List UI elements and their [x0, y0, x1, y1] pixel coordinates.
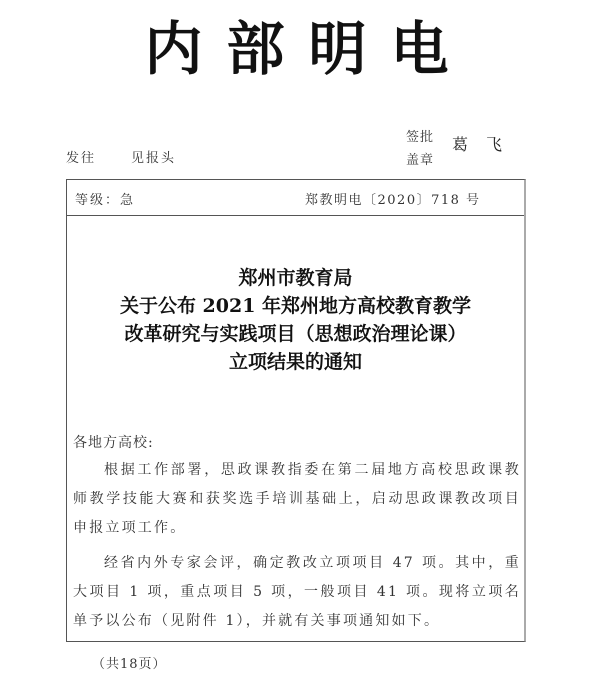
- box-header-row: 等级：急 郑教明电〔2020〕718 号: [67, 180, 524, 216]
- notice-title-line: 改革研究与实践项目（思想政治理论课）: [67, 320, 524, 348]
- signer-name: 葛飞: [452, 132, 520, 155]
- notice-title-line: 立项结果的通知: [67, 348, 524, 376]
- seal-label: 盖章: [406, 149, 434, 168]
- page-count: （共18页）: [92, 653, 167, 672]
- send-to-label: 发往: [66, 147, 96, 166]
- notice-title: 郑州市教育局 关于公布 2021 年郑州地方高校教育教学 改革研究与实践项目（思…: [67, 264, 524, 376]
- telegram-body-box: 等级：急 郑教明电〔2020〕718 号 郑州市教育局 关于公布 2021 年郑…: [66, 179, 526, 642]
- notice-title-line: 关于公布 2021 年郑州地方高校教育教学: [67, 292, 524, 320]
- body-paragraph: 根据工作部署，思政课教指委在第二届地方高校思政课教师教学技能大赛和获奖选手培训基…: [73, 456, 521, 543]
- urgency-level: 等级：急: [75, 189, 135, 208]
- salutation: 各地方高校:: [73, 432, 154, 452]
- approval-label: 签批: [406, 126, 434, 145]
- document-number: 郑教明电〔2020〕718 号: [305, 189, 481, 208]
- notice-title-line: 郑州市教育局: [67, 264, 524, 292]
- document-type-title: 内部明电: [0, 14, 593, 84]
- body-paragraph: 经省内外专家会评，确定教改立项项目 47 项。其中，重大项目 1 项，重点项目 …: [73, 549, 521, 636]
- send-to-value: 见报头: [131, 147, 176, 166]
